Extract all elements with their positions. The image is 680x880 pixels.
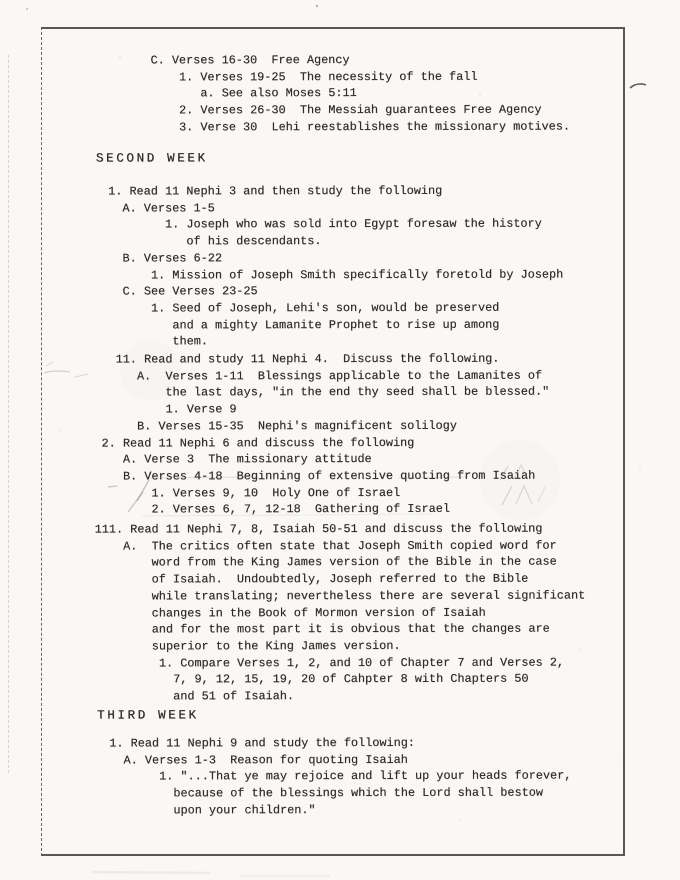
text-line: B. Verses 15-35 Nephi's magnificent soli… (66, 417, 549, 435)
text-line: THIRD WEEK (67, 707, 199, 724)
text-line: 1. Verses 19-25 The necessity of the fal… (65, 68, 570, 86)
text-line: superior to the King James version. (66, 637, 585, 655)
text-line: C. See Verses 23-25 (66, 283, 564, 301)
text-line: of Isaiah. Undoubtedly, Joseph referred … (66, 571, 585, 589)
text-line: B. Verses 6-22 (66, 249, 564, 267)
text-line: B. Verses 4-18 Beginning of extensive qu… (66, 467, 549, 485)
text-line: the last days, "in the end thy seed shal… (66, 384, 549, 402)
text-line: and for the most part it is obvious that… (66, 621, 585, 639)
text-line: A. The critics often state that Joseph S… (66, 537, 585, 555)
assignment-2-outline: 11. Read and study 11 Nephi 4. Discuss t… (66, 351, 550, 519)
text-line: and 51 of Isaiah. (67, 688, 586, 706)
assignment-1-outline: 1. Read 11 Nephi 3 and then study the fo… (65, 183, 563, 351)
text-line: 7, 9, 12, 15, 19, 20 of Cahpter 8 with C… (66, 671, 585, 689)
text-line: 1. Verse 9 (66, 401, 549, 419)
text-line: of his descendants. (66, 233, 564, 251)
text-line: 1. Verses 9, 10 Holy One of Israel (66, 484, 549, 502)
text-line: word from the King James version of the … (66, 554, 585, 572)
text-line: A. Verses 1-5 (65, 199, 563, 217)
text-line: them. (66, 333, 564, 351)
text-line: 1. Mission of Joseph Smith specifically … (66, 266, 564, 284)
scanned-document-page: C. Verses 16-30 Free Agency 1. Verses 19… (0, 0, 680, 880)
text-line: 111. Read 11 Nephi 7, 8, Isaiah 50-51 an… (66, 520, 585, 538)
text-line: A. Verse 3 The missionary attitude (66, 451, 549, 469)
text-line: SECOND WEEK (65, 150, 207, 167)
text-line: A. Verses 1-3 Reason for quoting Isaiah (67, 751, 572, 769)
text-line: C. Verses 16-30 Free Agency (65, 52, 570, 70)
text-line: a. See also Moses 5:11 (65, 85, 570, 103)
text-line: upon your children." (67, 801, 572, 819)
typewritten-document: C. Verses 16-30 Free Agency 1. Verses 19… (0, 0, 680, 880)
assignment-3-outline: 111. Read 11 Nephi 7, 8, Isaiah 50-51 an… (66, 520, 585, 705)
text-line: while translating; nevertheless there ar… (66, 587, 585, 605)
text-line: 2. Verses 26-30 The Messiah guarantees F… (65, 102, 570, 120)
text-line: and a mighty Lamanite Prophet to rise up… (66, 316, 564, 334)
text-line: because of the blessings which the Lord … (67, 785, 572, 803)
text-line: 1. Seed of Joseph, Lehi's son, would be … (66, 299, 564, 317)
second-week-heading: SECOND WEEK (65, 150, 207, 167)
text-line: A. Verses 1-11 Blessings applicable to t… (66, 367, 549, 385)
text-line: changes in the Book of Mormon version of… (66, 604, 585, 622)
text-line: 1. Read 11 Nephi 9 and study the followi… (67, 735, 572, 753)
text-line: 1. Read 11 Nephi 3 and then study the fo… (65, 183, 563, 201)
text-line: 2. Verses 6, 7, 12-18 Gathering of Israe… (66, 501, 549, 519)
text-line: 3. Verse 30 Lehi reestablishes the missi… (65, 118, 570, 136)
outline-continuation-block: C. Verses 16-30 Free Agency 1. Verses 19… (65, 52, 570, 137)
third-week-heading: THIRD WEEK (67, 707, 199, 724)
text-line: 1. Compare Verses 1, 2, and 10 of Chapte… (66, 654, 585, 672)
text-line: 11. Read and study 11 Nephi 4. Discuss t… (66, 351, 549, 369)
text-line: 2. Read 11 Nephi 6 and discuss the follo… (66, 434, 549, 452)
third-week-assignment-outline: 1. Read 11 Nephi 9 and study the followi… (67, 735, 572, 820)
text-line: 1. "...That ye may rejoice and lift up y… (67, 768, 572, 786)
text-line: 1. Joseph who was sold into Egypt foresa… (66, 216, 564, 234)
